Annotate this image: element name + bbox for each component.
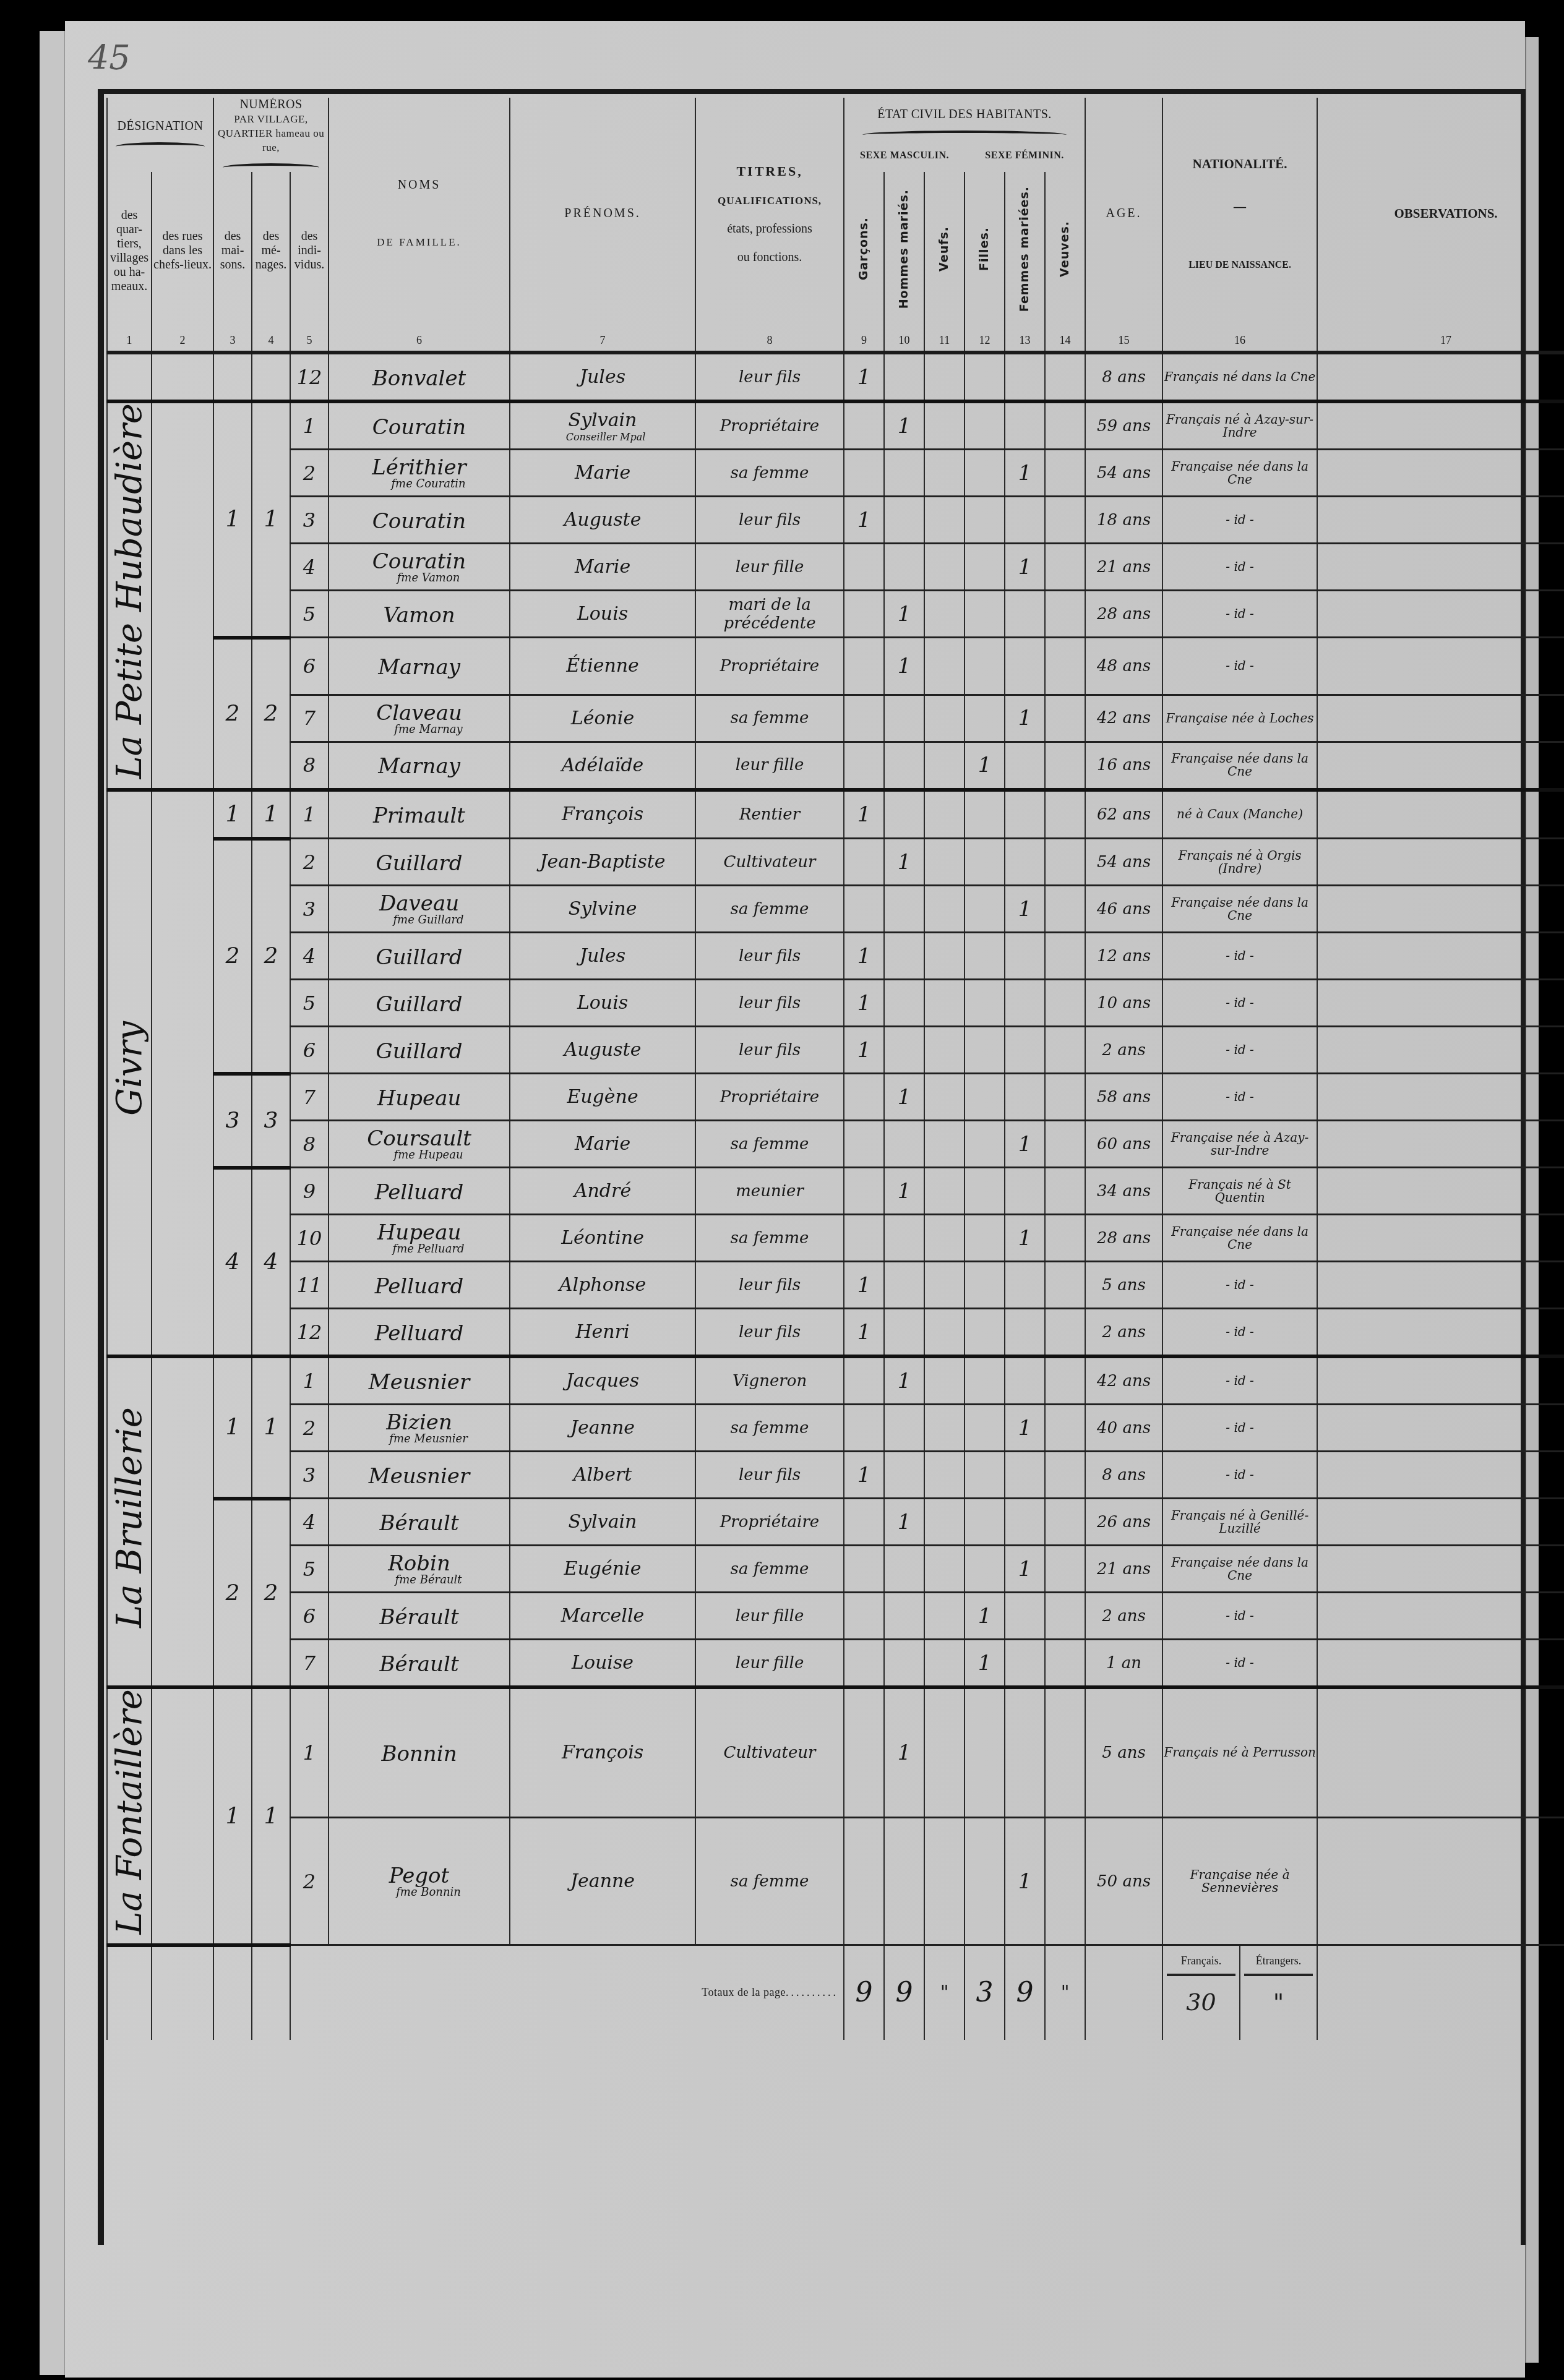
village-name: La Bruillerie (107, 1356, 152, 1687)
menage-number: 1 (252, 790, 290, 839)
surname: Bérault (379, 1605, 458, 1630)
first-name: Marcelle (510, 1593, 695, 1640)
civil-status-hm (884, 450, 924, 497)
surname: Bérault (379, 1652, 458, 1677)
age: 2 ans (1085, 1593, 1162, 1640)
surname: Pelluard (375, 1274, 463, 1299)
civil-status-hm (884, 1817, 924, 1945)
age-title: AGE. (1106, 207, 1141, 220)
titres-line4: ou fonctions. (737, 250, 802, 264)
totals-label: Totaux de la page.......... (290, 1945, 844, 2040)
civil-status-vv (1045, 1215, 1085, 1262)
civil-status-hm (884, 695, 924, 742)
occupation: Vigneron (695, 1356, 844, 1405)
civil-status-fm: 1 (1005, 886, 1045, 933)
noms-title: NOMS (398, 178, 441, 192)
civil-status-hm (884, 497, 924, 544)
observation (1317, 695, 1564, 742)
individu-number: 1 (290, 401, 329, 450)
civil-status-f: 1 (965, 1640, 1005, 1688)
age: 42 ans (1085, 1356, 1162, 1405)
surname: Guillard (376, 992, 463, 1017)
civil-status-g (844, 1687, 884, 1817)
colnum: 4 (252, 330, 290, 353)
age: 8 ans (1085, 353, 1162, 401)
folio-number: 45 (88, 38, 131, 77)
civil-status-g (844, 1168, 884, 1215)
francais-total: 30 (1186, 1988, 1216, 2016)
individu-number: 5 (290, 591, 329, 638)
surname: Robin (388, 1551, 450, 1576)
header-nationalite: NATIONALITÉ. — LIEU DE NAISSANCE. (1162, 98, 1317, 330)
header-garcons: Garçons. (844, 172, 884, 330)
age: 21 ans (1085, 544, 1162, 591)
street-cell (152, 1356, 213, 1687)
sexe-feminin-label: SEXE FÉMININ. (965, 150, 1085, 161)
civil-status-hm (884, 1405, 924, 1452)
individu-number: 8 (290, 1121, 329, 1168)
family-name: Guillard (329, 980, 510, 1027)
village-label: La Bruillerie (110, 1407, 150, 1628)
civil-status-vv (1045, 497, 1085, 544)
civil-status-f (965, 1499, 1005, 1546)
civil-status-v (924, 1499, 965, 1546)
age: 59 ans (1085, 401, 1162, 450)
individu-number: 6 (290, 1027, 329, 1074)
colnum: 6 (329, 330, 510, 353)
civil-status-vv (1045, 544, 1085, 591)
individu-number: 3 (290, 886, 329, 933)
given-name: Marie (575, 1133, 630, 1155)
civil-status-v (924, 353, 965, 401)
civil-status-f (965, 401, 1005, 450)
civil-status-v (924, 790, 965, 839)
civil-status-v (924, 450, 965, 497)
civil-status-v (924, 933, 965, 980)
civil-status-vv (1045, 591, 1085, 638)
civil-status-v (924, 886, 965, 933)
family-name: Pegotfme Bonnin (329, 1817, 510, 1945)
previous-page-edge (40, 31, 66, 2375)
civil-status-g (844, 591, 884, 638)
etat-civil-title: ÉTAT CIVIL DES HABITANTS. (877, 108, 1052, 121)
civil-status-hm (884, 1262, 924, 1309)
family-name: Bizienfme Meusnier (329, 1405, 510, 1452)
individu-number: 8 (290, 742, 329, 790)
civil-status-hm: 1 (884, 591, 924, 638)
given-name: Marie (575, 462, 630, 484)
given-name: Sylvine (569, 898, 637, 920)
occupation: mari de la précédente (695, 591, 844, 638)
family-name: Lérithierfme Couratin (329, 450, 510, 497)
observation (1317, 591, 1564, 638)
observation (1317, 1405, 1564, 1452)
observation (1317, 790, 1564, 839)
civil-status-fm (1005, 1309, 1045, 1357)
age: 46 ans (1085, 886, 1162, 933)
married-name: fme Vamon (329, 571, 509, 584)
age: 42 ans (1085, 695, 1162, 742)
civil-status-f (965, 1309, 1005, 1357)
civil-status-g: 1 (844, 933, 884, 980)
surname: Bonvalet (372, 366, 466, 391)
maison-number: 1 (213, 401, 252, 638)
table-row: 5GuillardLouisleur fils110 ans- id - (107, 980, 1564, 1027)
age: 40 ans (1085, 1405, 1162, 1452)
civil-status-f (965, 1215, 1005, 1262)
civil-status-g (844, 638, 884, 695)
age: 58 ans (1085, 1074, 1162, 1121)
total-veufs: " (924, 1945, 965, 2040)
observation (1317, 933, 1564, 980)
civil-status-vv (1045, 1452, 1085, 1499)
village-name (107, 353, 152, 401)
individu-number: 3 (290, 497, 329, 544)
civil-status-vv (1045, 1356, 1085, 1405)
birthplace: Française née dans la Cne (1162, 1546, 1317, 1593)
birthplace: Française née dans la Cne (1162, 886, 1317, 933)
married-name: fme Pelluard (329, 1243, 509, 1256)
individu-number: 11 (290, 1262, 329, 1309)
menage-number: 1 (252, 401, 290, 638)
civil-status-vv (1045, 1074, 1085, 1121)
civil-status-v (924, 1215, 965, 1262)
civil-status-g (844, 1546, 884, 1593)
civil-status-f: 1 (965, 742, 1005, 790)
given-name: André (574, 1180, 631, 1202)
table-row: 7Claveaufme MarnayLéoniesa femme142 ansF… (107, 695, 1564, 742)
observation (1317, 1452, 1564, 1499)
colnum: 11 (924, 330, 965, 353)
civil-status-f (965, 1405, 1005, 1452)
civil-status-f (965, 886, 1005, 933)
age: 62 ans (1085, 790, 1162, 839)
header-etat-civil: ÉTAT CIVIL DES HABITANTS. SEXE MASCULIN.… (844, 98, 1085, 172)
civil-status-fm (1005, 1452, 1045, 1499)
civil-status-v (924, 839, 965, 886)
family-name: Couratinfme Vamon (329, 544, 510, 591)
family-name: Primault (329, 790, 510, 839)
empty (1317, 1945, 1564, 2040)
civil-status-fm (1005, 1499, 1045, 1546)
col4-label: des mé-nages. (256, 229, 287, 272)
header-veuves: Veuves. (1045, 172, 1085, 330)
civil-status-g (844, 401, 884, 450)
civil-status-hm (884, 353, 924, 401)
surname: Vamon (383, 603, 455, 628)
maison-number: 1 (213, 1356, 252, 1499)
header-observations: OBSERVATIONS. (1317, 98, 1564, 330)
civil-status-fm (1005, 980, 1045, 1027)
surname: Couratin (372, 509, 466, 534)
family-name: Bérault (329, 1499, 510, 1546)
age: 8 ans (1085, 1452, 1162, 1499)
first-name: Léontine (510, 1215, 695, 1262)
occupation: leur fils (695, 1309, 844, 1357)
table-row: 2Lérithierfme CouratinMariesa femme154 a… (107, 450, 1564, 497)
individu-number: 7 (290, 1640, 329, 1688)
age: 60 ans (1085, 1121, 1162, 1168)
street-cell (152, 401, 213, 790)
age: 5 ans (1085, 1262, 1162, 1309)
observation (1317, 544, 1564, 591)
family-name: Marnay (329, 638, 510, 695)
village-label: La Fontaillère (110, 1689, 150, 1935)
occupation: sa femme (695, 1405, 844, 1452)
civil-status-vv (1045, 1405, 1085, 1452)
civil-status-fm (1005, 1356, 1045, 1405)
first-name: Eugène (510, 1074, 695, 1121)
civil-status-f (965, 1546, 1005, 1593)
surname: Claveau (376, 701, 462, 726)
civil-status-g: 1 (844, 790, 884, 839)
birthplace: - id - (1162, 1405, 1317, 1452)
table-row: Givry111PrimaultFrançoisRentier162 ansné… (107, 790, 1564, 839)
civil-status-v (924, 1356, 965, 1405)
civil-status-fm (1005, 638, 1045, 695)
birthplace: Français né à Orgis (Indre) (1162, 839, 1317, 886)
civil-status-f (965, 790, 1005, 839)
given-name: Henri (575, 1321, 629, 1343)
individu-number: 3 (290, 1452, 329, 1499)
etrangers-label: Étrangers. (1244, 1954, 1313, 1976)
observation (1317, 839, 1564, 886)
civil-status-vv (1045, 353, 1085, 401)
individu-number: 7 (290, 1074, 329, 1121)
civil-status-f (965, 450, 1005, 497)
col3-label: des mai-sons. (220, 229, 246, 272)
married-name: fme Marnay (329, 723, 509, 736)
totals-text: Totaux de la page (702, 1986, 786, 1998)
nationality-totals: Français.30Étrangers." (1162, 1945, 1317, 2040)
civil-status-v (924, 401, 965, 450)
veuves-label: Veuves. (1059, 221, 1072, 277)
surname: Meusnier (369, 1464, 470, 1489)
first-name: François (510, 790, 695, 839)
occupation: meunier (695, 1168, 844, 1215)
first-name: André (510, 1168, 695, 1215)
age: 28 ans (1085, 591, 1162, 638)
table-row: 5Robinfme BéraultEugéniesa femme121 ansF… (107, 1546, 1564, 1593)
first-name: Louis (510, 980, 695, 1027)
colnum: 9 (844, 330, 884, 353)
family-name: Couratin (329, 497, 510, 544)
street-cell (152, 790, 213, 1357)
civil-status-v (924, 1452, 965, 1499)
civil-status-f (965, 591, 1005, 638)
occupation: Propriétaire (695, 1074, 844, 1121)
colnum: 16 (1162, 330, 1317, 353)
occupation: leur fille (695, 1593, 844, 1640)
nationalite-title: NATIONALITÉ. (1193, 156, 1287, 171)
civil-status-hm: 1 (884, 638, 924, 695)
first-name: Jean-Baptiste (510, 839, 695, 886)
table-row: La Fontaillère111BonninFrançoisCultivate… (107, 1687, 1564, 1817)
age: 12 ans (1085, 933, 1162, 980)
table-row: 6GuillardAugusteleur fils12 ans- id - (107, 1027, 1564, 1074)
age: 28 ans (1085, 1215, 1162, 1262)
civil-status-hm: 1 (884, 839, 924, 886)
table-row: 4GuillardJulesleur fils112 ans- id - (107, 933, 1564, 980)
col5-label: des indi-vidus. (294, 229, 324, 272)
etrangers-total: " (1273, 1988, 1284, 2016)
menage-number: 1 (252, 1356, 290, 1499)
age: 2 ans (1085, 1309, 1162, 1357)
civil-status-vv (1045, 1593, 1085, 1640)
occupation: sa femme (695, 1546, 844, 1593)
empty (1085, 1945, 1162, 2040)
first-name: Léonie (510, 695, 695, 742)
civil-status-fm: 1 (1005, 1405, 1045, 1452)
table-row: 3MeusnierAlbertleur fils18 ans- id - (107, 1452, 1564, 1499)
individu-number: 4 (290, 544, 329, 591)
occupation: leur fils (695, 933, 844, 980)
given-name: Marcelle (561, 1605, 644, 1627)
civil-status-v (924, 1640, 965, 1688)
birthplace: Français né dans la Cne (1162, 353, 1317, 401)
header-col4: des mé-nages. (252, 172, 290, 330)
given-name: Léonie (571, 708, 634, 729)
surname: Pelluard (375, 1180, 463, 1205)
designation-title: DÉSIGNATION (118, 119, 204, 133)
table-row: 2Bizienfme MeusnierJeannesa femme140 ans… (107, 1405, 1564, 1452)
occupation: leur fils (695, 353, 844, 401)
totals-dots: .......... (786, 1986, 838, 1998)
civil-status-fm: 1 (1005, 1121, 1045, 1168)
first-name: Auguste (510, 1027, 695, 1074)
header-col5: des indi-vidus. (290, 172, 329, 330)
civil-status-vv (1045, 839, 1085, 886)
header-hommes-maries: Hommes mariés. (884, 172, 924, 330)
table-row: 5VamonLouismari de la précédente128 ans-… (107, 591, 1564, 638)
observation (1317, 1168, 1564, 1215)
civil-status-hm (884, 886, 924, 933)
civil-status-vv (1045, 933, 1085, 980)
given-name: Jacques (566, 1370, 639, 1392)
married-name: fme Bérault (329, 1573, 509, 1586)
header-veufs: Veufs. (924, 172, 965, 330)
first-name: SylvainConseiller Mpal (510, 401, 695, 450)
civil-status-vv (1045, 1817, 1085, 1945)
village-name: Givry (107, 790, 152, 1357)
civil-status-f (965, 544, 1005, 591)
civil-status-vv (1045, 1262, 1085, 1309)
birthplace: - id - (1162, 1074, 1317, 1121)
numeros-subtitle: PAR VILLAGE, QUARTIER hameau ou rue, (218, 113, 324, 153)
occupation: leur fils (695, 1262, 844, 1309)
first-name: Jacques (510, 1356, 695, 1405)
civil-status-hm: 1 (884, 1168, 924, 1215)
given-name: Jules (580, 366, 625, 388)
street-cell (152, 1687, 213, 1945)
birthplace: Française née dans la Cne (1162, 1215, 1317, 1262)
first-name: Adélaïde (510, 742, 695, 790)
street-cell (152, 353, 213, 401)
francais-label: Français. (1167, 1954, 1235, 1976)
family-name: Pelluard (329, 1309, 510, 1357)
occupation: leur fils (695, 1452, 844, 1499)
civil-status-v (924, 544, 965, 591)
civil-status-vv (1045, 401, 1085, 450)
married-name: fme Couratin (329, 477, 509, 490)
total-hommes-maries: 9 (884, 1945, 924, 2040)
civil-status-v (924, 1405, 965, 1452)
civil-status-fm (1005, 497, 1045, 544)
civil-status-hm: 1 (884, 1687, 924, 1817)
surname: Guillard (376, 945, 463, 970)
maison-number: 4 (213, 1168, 252, 1357)
occupation: sa femme (695, 1121, 844, 1168)
occupation: leur fille (695, 1640, 844, 1688)
civil-status-g (844, 1499, 884, 1546)
occupation: sa femme (695, 450, 844, 497)
civil-status-f (965, 839, 1005, 886)
individu-number: 12 (290, 353, 329, 401)
census-table: DÉSIGNATION NUMÉROS PAR VILLAGE, QUARTIE… (106, 98, 1564, 2040)
observation (1317, 1027, 1564, 1074)
colnum: 1 (107, 330, 152, 353)
prenom-note: Conseiller Mpal (510, 431, 695, 443)
individu-number: 1 (290, 790, 329, 839)
birthplace: - id - (1162, 980, 1317, 1027)
occupation: Rentier (695, 790, 844, 839)
family-name: Claveaufme Marnay (329, 695, 510, 742)
civil-status-f (965, 1817, 1005, 1945)
surname: Meusnier (369, 1370, 470, 1395)
individu-number: 7 (290, 695, 329, 742)
civil-status-vv (1045, 638, 1085, 695)
civil-status-f (965, 1356, 1005, 1405)
prenoms-title: PRÉNOMS. (564, 207, 640, 220)
header-age: AGE. (1085, 98, 1162, 330)
family-name: Couratin (329, 401, 510, 450)
table-row: 449PelluardAndrémeunier134 ansFrançais n… (107, 1168, 1564, 1215)
individu-number: 4 (290, 933, 329, 980)
observation (1317, 1687, 1564, 1817)
first-name: Eugénie (510, 1546, 695, 1593)
colnum: 8 (695, 330, 844, 353)
age: 54 ans (1085, 450, 1162, 497)
civil-status-g (844, 695, 884, 742)
observation (1317, 401, 1564, 450)
surname: Bonnin (382, 1742, 457, 1766)
individu-number: 9 (290, 1168, 329, 1215)
civil-status-g (844, 839, 884, 886)
first-name: Sylvain (510, 1499, 695, 1546)
individu-number: 2 (290, 839, 329, 886)
occupation: Propriétaire (695, 638, 844, 695)
nationalite-dash: — (1234, 200, 1246, 214)
civil-status-fm (1005, 1027, 1045, 1074)
civil-status-hm (884, 742, 924, 790)
first-name: Louise (510, 1640, 695, 1688)
colnum: 14 (1045, 330, 1085, 353)
occupation: Cultivateur (695, 839, 844, 886)
civil-status-v (924, 742, 965, 790)
menage-number: 2 (252, 638, 290, 790)
surname: Bérault (379, 1511, 458, 1536)
civil-status-g (844, 742, 884, 790)
age: 18 ans (1085, 497, 1162, 544)
table-row: 224BéraultSylvainPropriétaire126 ansFran… (107, 1499, 1564, 1546)
hommes-maries-label: Hommes mariés. (898, 189, 911, 309)
civil-status-f (965, 980, 1005, 1027)
table-row: 222GuillardJean-BaptisteCultivateur154 a… (107, 839, 1564, 886)
menage-number: 4 (252, 1168, 290, 1357)
total-femmes-mariees: 9 (1005, 1945, 1045, 2040)
civil-status-hm: 1 (884, 1499, 924, 1546)
surname: Hupeau (377, 1086, 462, 1111)
